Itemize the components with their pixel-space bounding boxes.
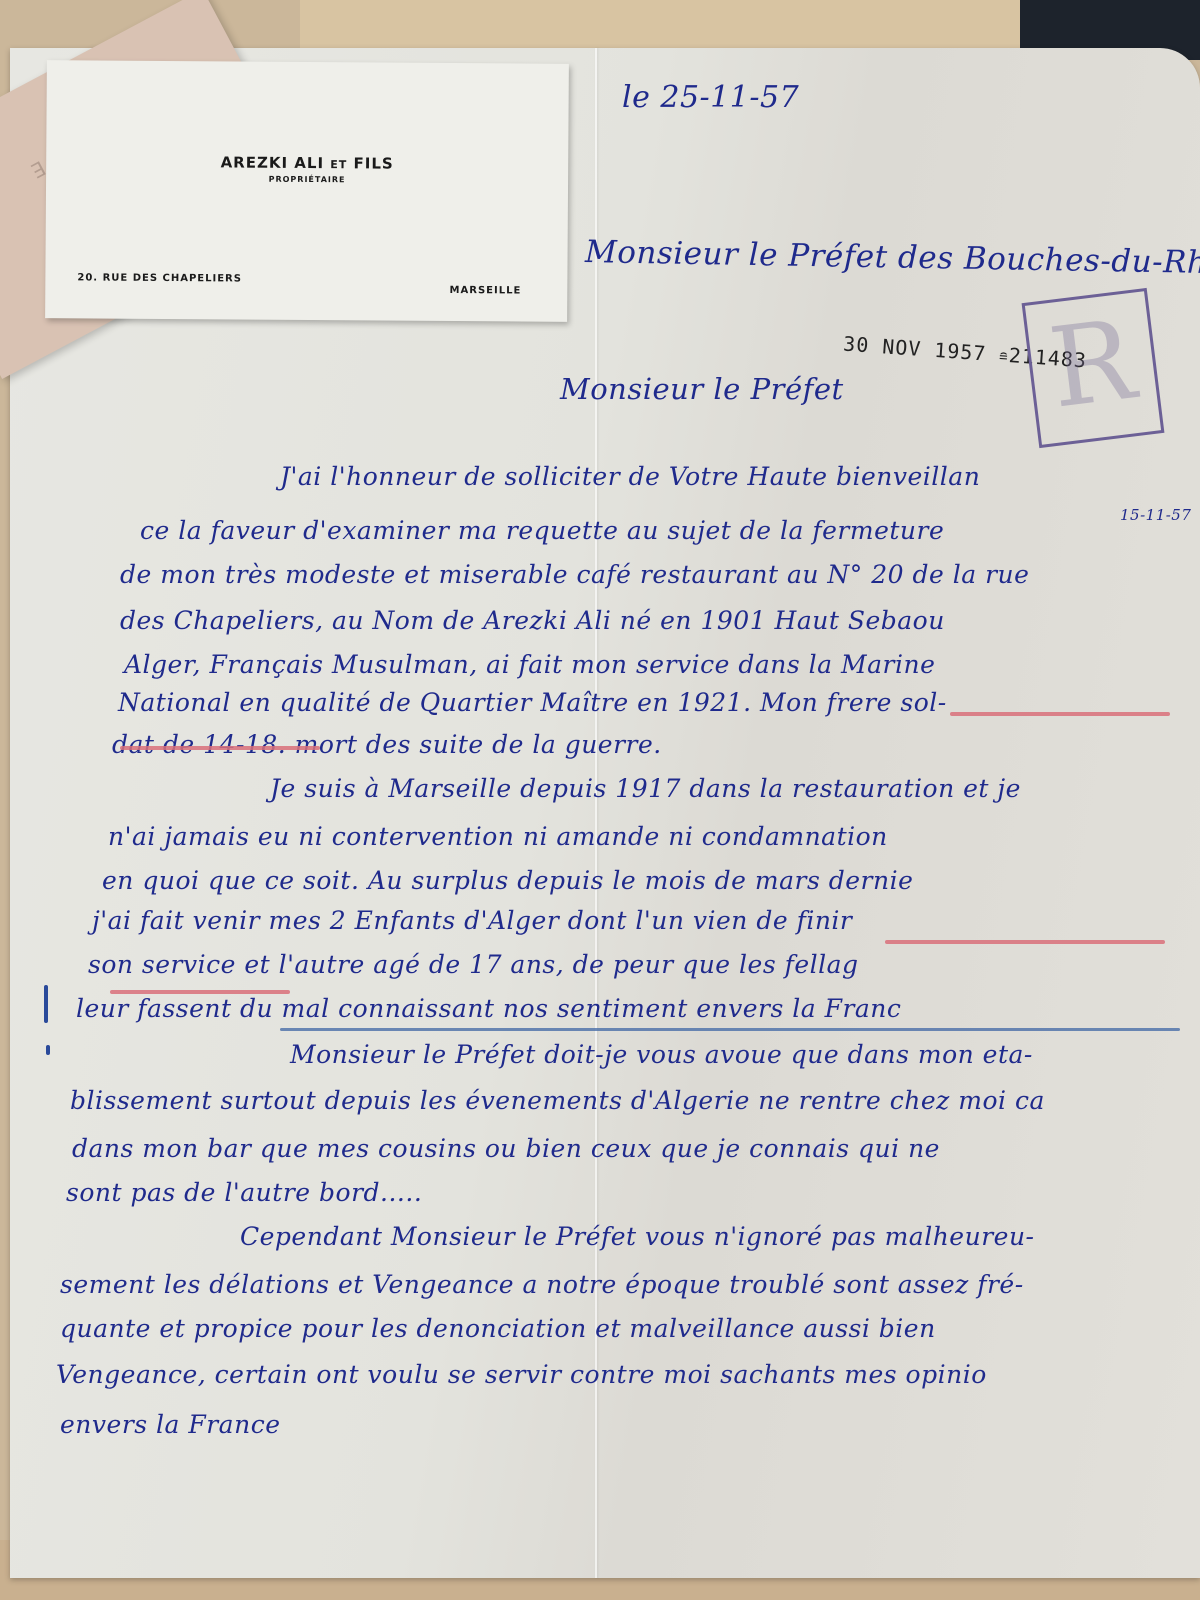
card-address: 20. RUE DES CHAPELIERS <box>77 272 242 284</box>
business-card: AREZKI ALI ET FILS PROPRIÉTAIRE 20. RUE … <box>45 60 569 322</box>
blue-underline <box>280 1028 1180 1031</box>
letter-line: Vengeance, certain ont voulu se servir c… <box>56 1360 987 1389</box>
red-underline <box>120 746 320 750</box>
margin-date-note: 15-11-57 <box>1120 506 1191 524</box>
letter-line: de mon très modeste et miserable café re… <box>120 560 1029 589</box>
card-city: MARSEILLE <box>450 285 522 297</box>
letter-line: sement les délations et Vengeance a notr… <box>60 1270 1024 1299</box>
letter-line: dans mon bar que mes cousins ou bien ceu… <box>72 1134 940 1163</box>
registry-stamp-box: R <box>1022 288 1165 448</box>
card-name-et: ET <box>330 158 347 171</box>
letter-line: j'ai fait venir mes 2 Enfants d'Alger do… <box>92 906 852 935</box>
letter-salutation: Monsieur le Préfet <box>560 372 844 406</box>
card-title: PROPRIÉTAIRE <box>46 173 568 186</box>
letter-line: sont pas de l'autre bord..... <box>66 1178 422 1207</box>
letter-line: J'ai l'honneur de solliciter de Votre Ha… <box>280 462 980 491</box>
letter-line: Je suis à Marseille depuis 1917 dans la … <box>270 774 1021 803</box>
card-name-fils: FILS <box>354 154 394 172</box>
stamp-letter-r: R <box>1043 296 1141 433</box>
letter-line: National en qualité de Quartier Maître e… <box>118 688 947 717</box>
letter-line: en quoi que ce soit. Au surplus depuis l… <box>102 866 913 895</box>
card-business-name: AREZKI ALI ET FILS <box>46 152 568 174</box>
letter-fold-crease <box>595 48 597 1578</box>
card-name-main: AREZKI ALI <box>221 153 325 172</box>
letter-line: ce la faveur d'examiner ma requette au s… <box>140 516 944 545</box>
letter-line: Cependant Monsieur le Préfet vous n'igno… <box>240 1222 1035 1251</box>
red-underline <box>950 712 1170 716</box>
letter-line: envers la France <box>60 1410 281 1439</box>
letter-line: blissement surtout depuis les évenements… <box>70 1086 1045 1115</box>
margin-exclamation-dot <box>46 1045 50 1055</box>
letter-date: le 25-11-57 <box>622 80 799 115</box>
letter-line: Alger, Français Musulman, ai fait mon se… <box>124 650 935 679</box>
letter-line: dat de 14-18. mort des suite de la guerr… <box>112 730 662 759</box>
letter-line: n'ai jamais eu ni contervention ni amand… <box>108 822 888 851</box>
letter-line: leur fassent du mal connaissant nos sent… <box>76 994 901 1023</box>
margin-exclamation-mark <box>44 985 48 1023</box>
letter-line: quante et propice pour les denonciation … <box>60 1314 936 1343</box>
letter-line: son service et l'autre agé de 17 ans, de… <box>88 950 859 979</box>
red-underline <box>885 940 1165 944</box>
letter-line: Monsieur le Préfet doit-je vous avoue qu… <box>290 1040 1033 1069</box>
letter-line: des Chapeliers, au Nom de Arezki Ali né … <box>120 606 945 635</box>
